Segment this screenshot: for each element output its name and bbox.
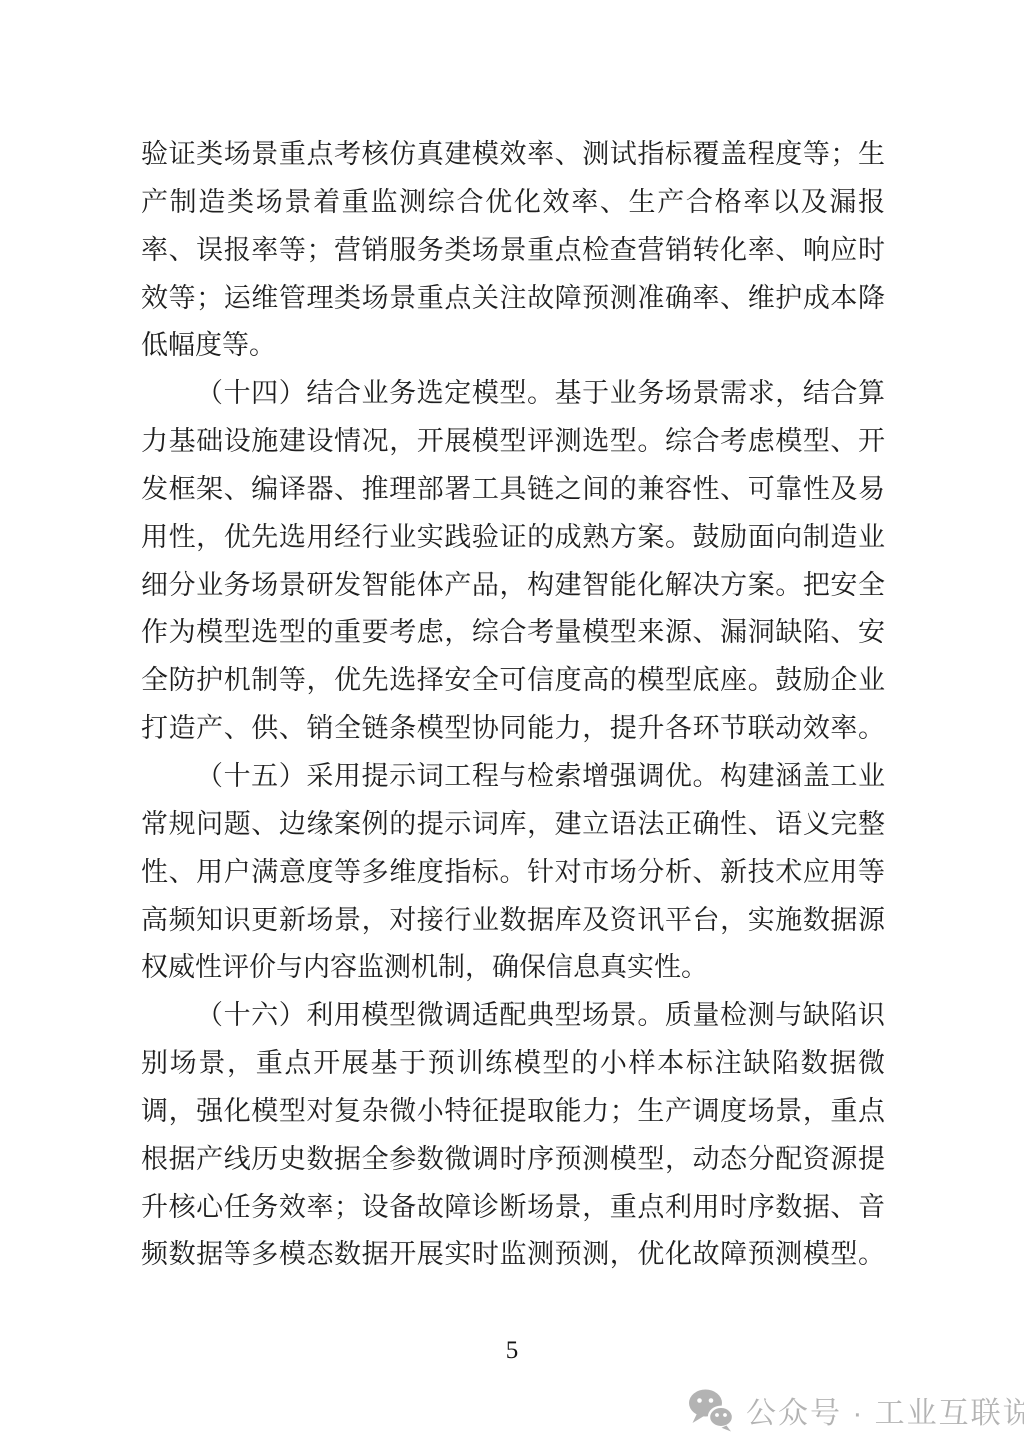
text-line: 常规问题、边缘案例的提示词库，建立语法正确性、语义完整 [141,801,885,849]
text-line: 全防护机制等，优先选择安全可信度高的模型底座。鼓励企业 [141,657,885,705]
text-line: 升核心任务效率；设备故障诊断场景，重点利用时序数据、音 [141,1184,885,1232]
text-line: （十四）结合业务选定模型。基于业务场景需求，结合算 [141,370,885,418]
text-line: 打造产、供、销全链条模型协同能力，提升各环节联动效率。 [141,705,885,753]
text-line: 性、用户满意度等多维度指标。针对市场分析、新技术应用等 [141,849,885,897]
paragraph: （十四）结合业务选定模型。基于业务场景需求，结合算力基础设施建设情况，开展模型评… [141,370,885,753]
text-line: 根据产线历史数据全参数微调时序预测模型，动态分配资源提 [141,1136,885,1184]
text-line: 作为模型选型的重要考虑，综合考量模型来源、漏洞缺陷、安 [141,609,885,657]
text-line: 调，强化模型对复杂微小特征提取能力；生产调度场景，重点 [141,1088,885,1136]
text-line: 发框架、编译器、推理部署工具链之间的兼容性、可靠性及易 [141,466,885,514]
text-line: 别场景，重点开展基于预训练模型的小样本标注缺陷数据微 [141,1040,885,1088]
watermark-label: 公众号 · 工业互联说 [746,1388,1024,1432]
page-number: 5 [0,1337,1024,1365]
text-line: 权威性评价与内容监测机制，确保信息真实性。 [141,944,885,992]
text-line: 用性，优先选用经行业实践验证的成熟方案。鼓励面向制造业 [141,514,885,562]
paragraph: 验证类场景重点考核仿真建模效率、测试指标覆盖程度等；生产制造类场景着重监测综合优… [141,131,885,370]
text-line: 频数据等多模态数据开展实时监测预测，优化故障预测模型。 [141,1231,885,1279]
text-block: 验证类场景重点考核仿真建模效率、测试指标覆盖程度等；生产制造类场景着重监测综合优… [141,131,885,1279]
watermark: 公众号 · 工业互联说 [688,1384,1024,1436]
text-line: 效等；运维管理类场景重点关注故障预测准确率、维护成本降 [141,275,885,323]
text-line: （十五）采用提示词工程与检索增强调优。构建涵盖工业 [141,753,885,801]
text-line: 力基础设施建设情况，开展模型评测选型。综合考虑模型、开 [141,418,885,466]
text-line: 率、误报率等；营销服务类场景重点检查营销转化率、响应时 [141,227,885,275]
paragraph: （十五）采用提示词工程与检索增强调优。构建涵盖工业常规问题、边缘案例的提示词库，… [141,753,885,992]
text-line: 细分业务场景研发智能体产品，构建智能化解决方案。把安全 [141,562,885,610]
text-line: 低幅度等。 [141,322,885,370]
text-line: 高频知识更新场景，对接行业数据库及资讯平台，实施数据源 [141,897,885,945]
text-line: （十六）利用模型微调适配典型场景。质量检测与缺陷识 [141,992,885,1040]
document-page: 验证类场景重点考核仿真建模效率、测试指标覆盖程度等；生产制造类场景着重监测综合优… [0,0,1024,1448]
wechat-icon [688,1388,734,1433]
text-line: 产制造类场景着重监测综合优化效率、生产合格率以及漏报 [141,179,885,227]
paragraph: （十六）利用模型微调适配典型场景。质量检测与缺陷识别场景，重点开展基于预训练模型… [141,992,885,1279]
text-line: 验证类场景重点考核仿真建模效率、测试指标覆盖程度等；生 [141,131,885,179]
